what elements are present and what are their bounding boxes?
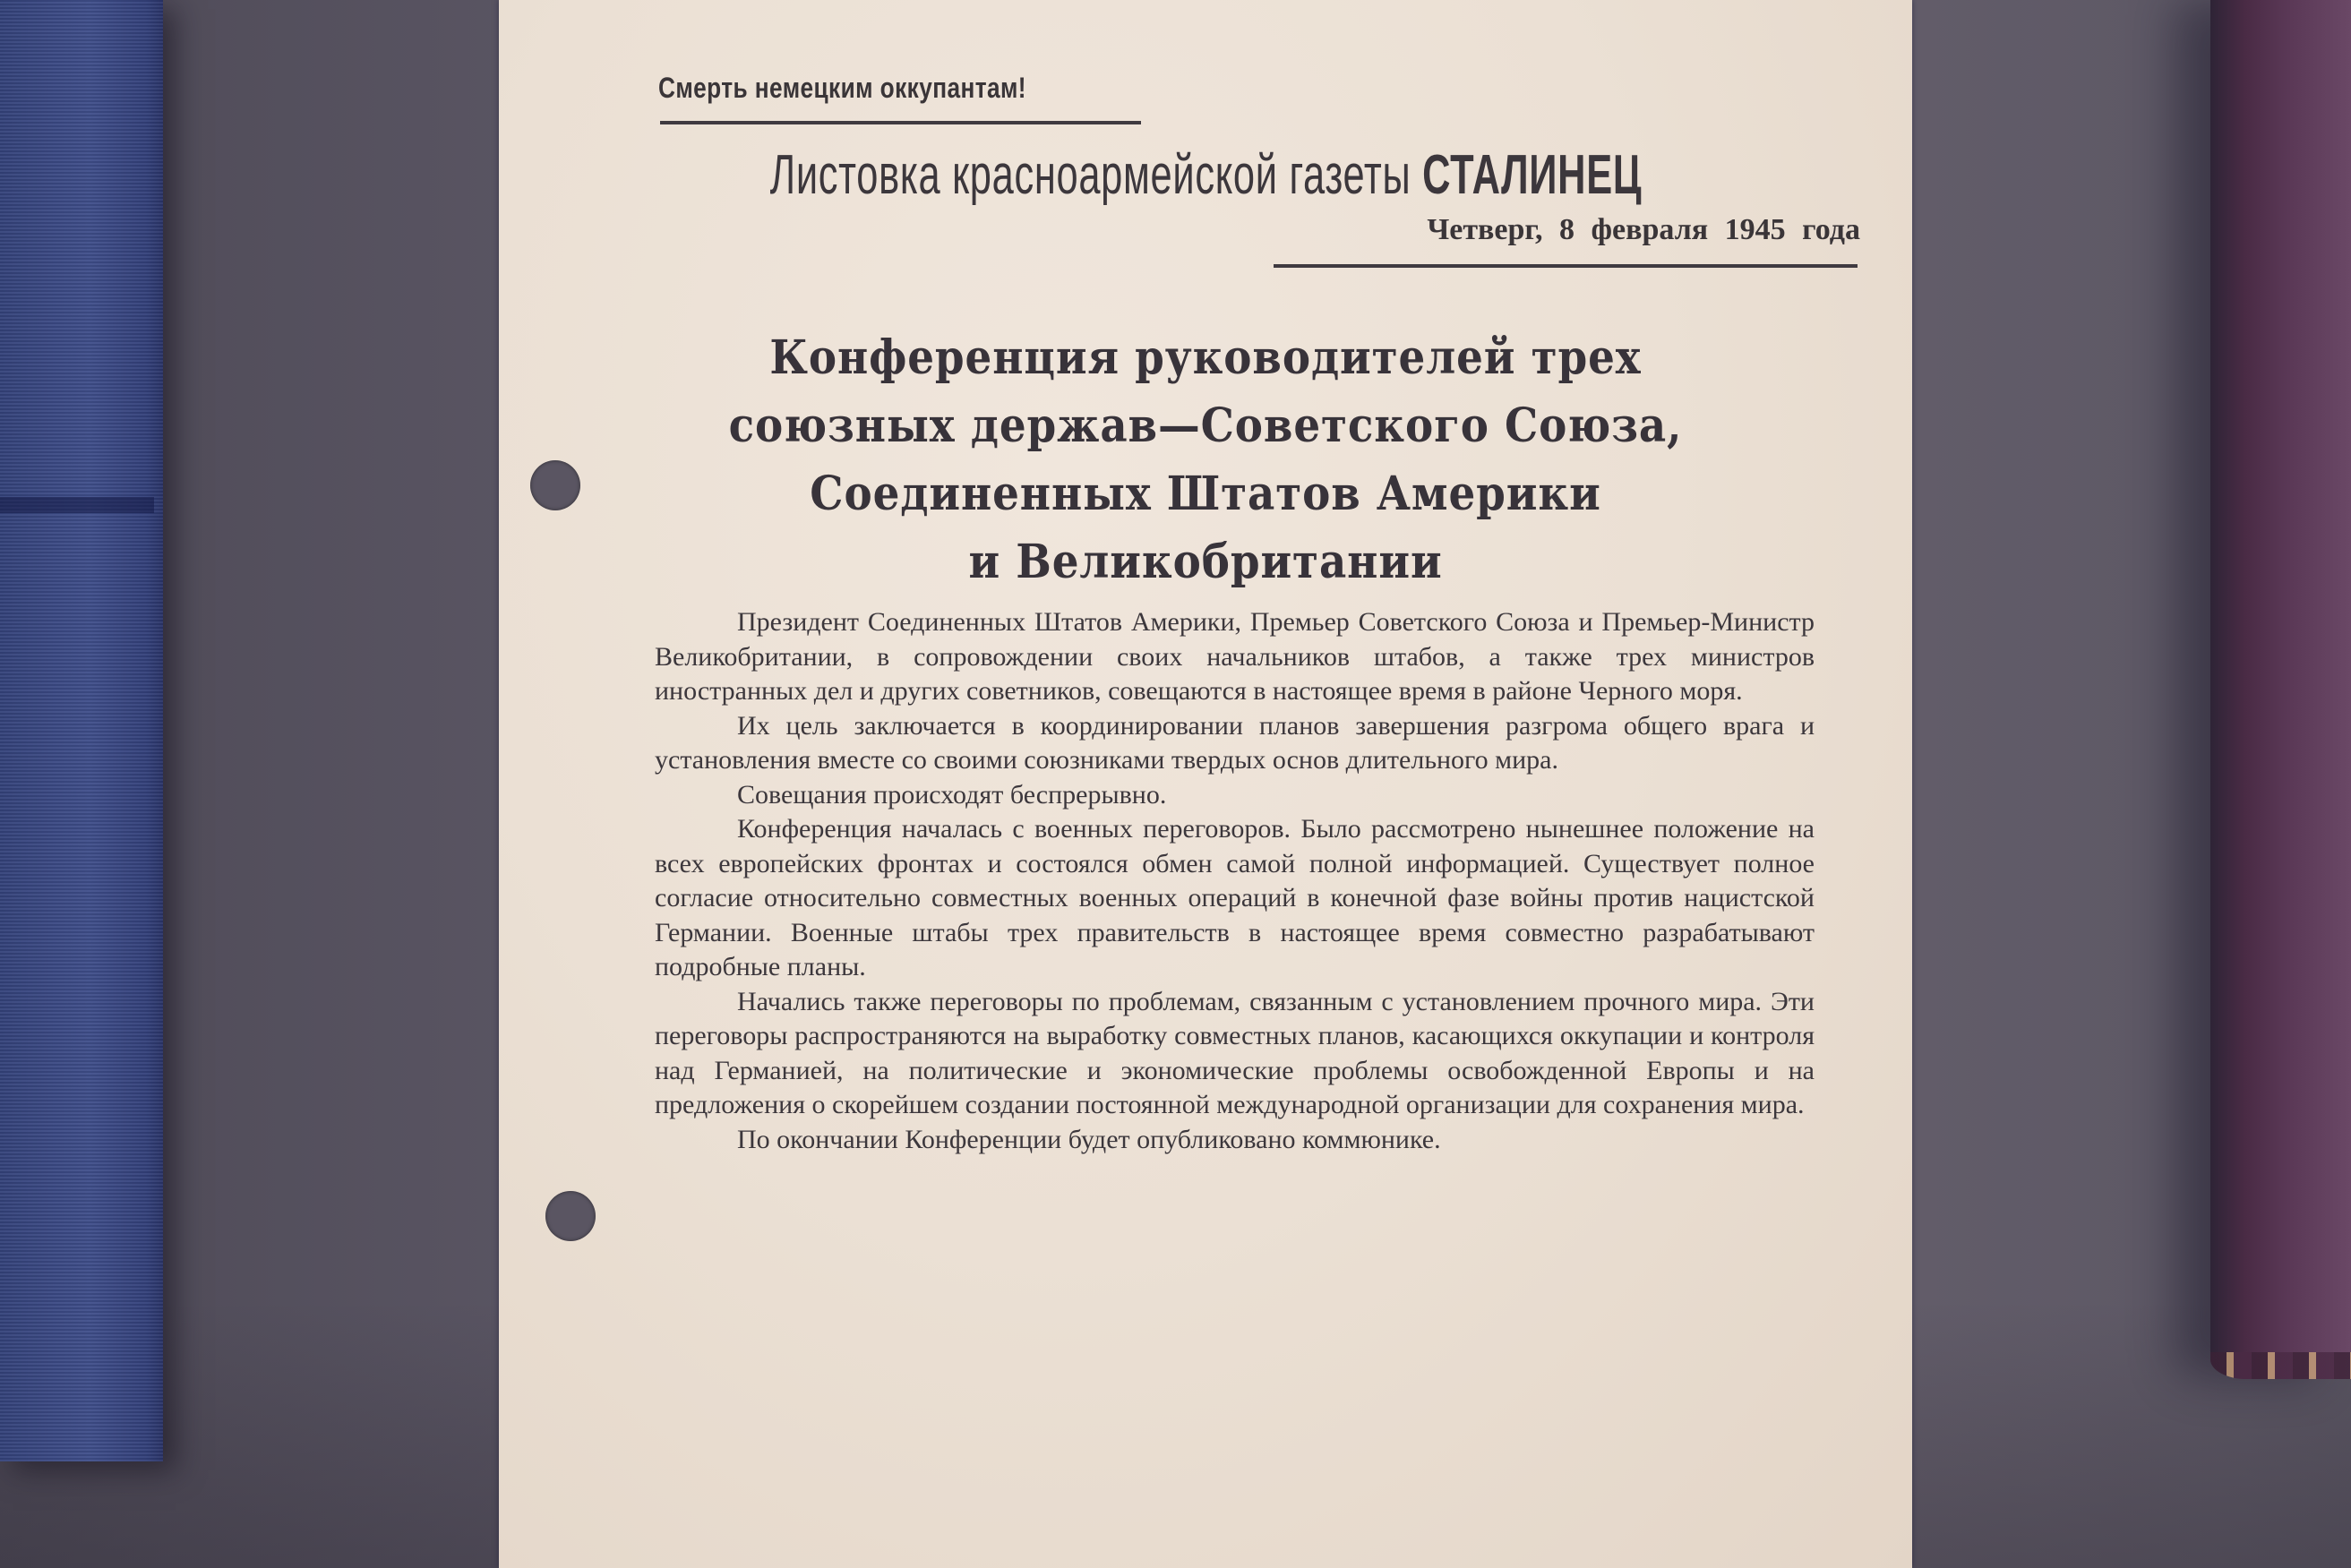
masthead-prefix: Листовка красноармейской газеты (769, 144, 1411, 206)
book-fabric-seam (0, 497, 154, 513)
headline-line: союзных держав—Советского Союза, (570, 392, 1841, 460)
headline-line: Конференция руководителей трех (570, 324, 1841, 392)
paragraph: Конференция началась с военных переговор… (655, 812, 1815, 985)
headline-line: Соединенных Штатов Америки (570, 460, 1841, 528)
paragraph: Совещания происходят беспрерывно. (655, 778, 1815, 813)
dateline-underline (1274, 264, 1858, 268)
worn-book-edge (2210, 1352, 2351, 1379)
headline-line: и Великобритании (570, 528, 1841, 596)
blue-cloth-book (0, 0, 163, 1461)
headline: Конференция руководителей трех союзных д… (499, 324, 1912, 596)
slogan-underline (660, 121, 1141, 124)
masthead: Листовка красноармейской газеты СТАЛИНЕЦ (499, 143, 1912, 207)
dateline: Четверг, 8 февраля 1945 года (1269, 213, 1860, 247)
paragraph: По окончании Конференции будет опубликов… (655, 1123, 1815, 1158)
paragraph: Начались также переговоры по проблемам, … (655, 985, 1815, 1123)
paragraph: Президент Соединенных Штатов Америки, Пр… (655, 605, 1815, 709)
punch-hole-bottom (545, 1191, 596, 1241)
slogan: Смерть немецким оккупантам! (658, 72, 1099, 105)
newspaper-name: СТАЛИНЕЦ (1422, 144, 1642, 206)
article-body: Президент Соединенных Штатов Америки, Пр… (655, 605, 1815, 1157)
leaflet-sheet: Смерть немецким оккупантам! Листовка кра… (499, 0, 1912, 1568)
purple-leather-book (2210, 0, 2351, 1379)
paragraph: Их цель заключается в координировании пл… (655, 709, 1815, 778)
